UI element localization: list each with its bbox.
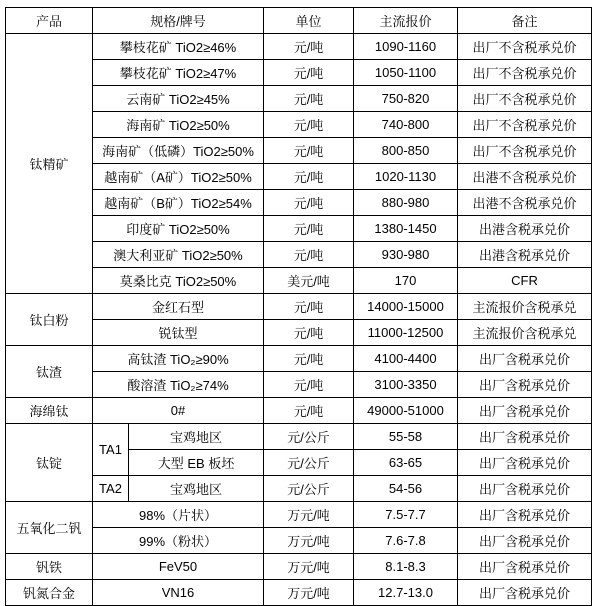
- header-spec: 规格/牌号: [93, 8, 264, 34]
- table-row: 酸溶渣 TiO₂≥74% 元/吨 3100-3350 出厂含税承兑价: [6, 372, 592, 398]
- price-table: 产品 规格/牌号 单位 主流报价 备注 钛精矿 攀枝花矿 TiO2≥46% 元/…: [5, 7, 592, 606]
- spec-cell: 0#: [93, 398, 264, 424]
- table-row: 钒铁 FeV50 万元/吨 8.1-8.3 出厂含税承兑价: [6, 554, 592, 580]
- table-row: 澳大利亚矿 TiO2≥50% 元/吨 930-980 出港含税承兑价: [6, 242, 592, 268]
- grade-cell: TA1: [93, 424, 129, 476]
- unit-cell: 元/吨: [264, 164, 354, 190]
- product-cell: 五氧化二钒: [6, 502, 93, 554]
- spec-cell: 金红石型: [93, 294, 264, 320]
- header-product: 产品: [6, 8, 93, 34]
- spec-cell: FeV50: [93, 554, 264, 580]
- unit-cell: 元/吨: [264, 34, 354, 60]
- table-row: 钒氮合金 VN16 万元/吨 12.7-13.0 出厂含税承兑价: [6, 580, 592, 606]
- unit-cell: 万元/吨: [264, 528, 354, 554]
- note-cell: 出厂含税承兑价: [458, 424, 592, 450]
- grade-cell: TA2: [93, 476, 129, 502]
- spec-cell: 莫桑比克 TiO2≥50%: [93, 268, 264, 294]
- table-row: 莫桑比克 TiO2≥50% 美元/吨 170 CFR: [6, 268, 592, 294]
- unit-cell: 元/吨: [264, 398, 354, 424]
- price-cell: 750-820: [354, 86, 458, 112]
- product-cell: 钛渣: [6, 346, 93, 398]
- table-row: 攀枝花矿 TiO2≥47% 元/吨 1050-1100 出厂不含税承兑价: [6, 60, 592, 86]
- table-row: 钛渣 高钛渣 TiO₂≥90% 元/吨 4100-4400 出厂含税承兑价: [6, 346, 592, 372]
- unit-cell: 元/公斤: [264, 424, 354, 450]
- note-cell: 出厂含税承兑价: [458, 346, 592, 372]
- unit-cell: 元/吨: [264, 86, 354, 112]
- table-row: 五氧化二钒 98%（片状） 万元/吨 7.5-7.7 出厂含税承兑价: [6, 502, 592, 528]
- unit-cell: 万元/吨: [264, 502, 354, 528]
- table-row: 海南矿 TiO2≥50% 元/吨 740-800 出厂不含税承兑价: [6, 112, 592, 138]
- unit-cell: 元/吨: [264, 372, 354, 398]
- price-cell: 1090-1160: [354, 34, 458, 60]
- price-cell: 63-65: [354, 450, 458, 476]
- spec-cell: 99%（粉状）: [93, 528, 264, 554]
- note-cell: 出港含税承兑价: [458, 216, 592, 242]
- note-cell: CFR: [458, 268, 592, 294]
- unit-cell: 元/吨: [264, 294, 354, 320]
- price-cell: 54-56: [354, 476, 458, 502]
- price-cell: 55-58: [354, 424, 458, 450]
- note-cell: 出港不含税承兑价: [458, 164, 592, 190]
- product-cell: 钛白粉: [6, 294, 93, 346]
- unit-cell: 元/吨: [264, 60, 354, 86]
- table-row: 云南矿 TiO2≥45% 元/吨 750-820 出厂不含税承兑价: [6, 86, 592, 112]
- header-price: 主流报价: [354, 8, 458, 34]
- note-cell: 出港含税承兑价: [458, 242, 592, 268]
- product-cell: 钛锭: [6, 424, 93, 502]
- spec-cell: 云南矿 TiO2≥45%: [93, 86, 264, 112]
- price-cell: 49000-51000: [354, 398, 458, 424]
- unit-cell: 万元/吨: [264, 554, 354, 580]
- product-cell: 钛精矿: [6, 34, 93, 294]
- note-cell: 出厂含税承兑价: [458, 450, 592, 476]
- note-cell: 主流报价含税承兑: [458, 294, 592, 320]
- note-cell: 出厂不含税承兑价: [458, 86, 592, 112]
- price-cell: 1050-1100: [354, 60, 458, 86]
- note-cell: 出厂含税承兑价: [458, 398, 592, 424]
- table-row: 印度矿 TiO2≥50% 元/吨 1380-1450 出港含税承兑价: [6, 216, 592, 242]
- table-row: 海南矿（低磷）TiO2≥50% 元/吨 800-850 出厂不含税承兑价: [6, 138, 592, 164]
- price-cell: 7.5-7.7: [354, 502, 458, 528]
- unit-cell: 元/吨: [264, 138, 354, 164]
- price-cell: 8.1-8.3: [354, 554, 458, 580]
- note-cell: 出厂不含税承兑价: [458, 138, 592, 164]
- unit-cell: 元/吨: [264, 346, 354, 372]
- price-cell: 880-980: [354, 190, 458, 216]
- product-cell: 海绵钛: [6, 398, 93, 424]
- spec-cell: 宝鸡地区: [129, 424, 264, 450]
- spec-cell: 攀枝花矿 TiO2≥47%: [93, 60, 264, 86]
- note-cell: 出厂含税承兑价: [458, 502, 592, 528]
- table-row: 99%（粉状） 万元/吨 7.6-7.8 出厂含税承兑价: [6, 528, 592, 554]
- header-row: 产品 规格/牌号 单位 主流报价 备注: [6, 8, 592, 34]
- price-cell: 1020-1130: [354, 164, 458, 190]
- table-row: 越南矿（A矿）TiO2≥50% 元/吨 1020-1130 出港不含税承兑价: [6, 164, 592, 190]
- note-cell: 出厂不含税承兑价: [458, 112, 592, 138]
- table-row: 钛精矿 攀枝花矿 TiO2≥46% 元/吨 1090-1160 出厂不含税承兑价: [6, 34, 592, 60]
- unit-cell: 元/公斤: [264, 450, 354, 476]
- price-cell: 740-800: [354, 112, 458, 138]
- spec-cell: VN16: [93, 580, 264, 606]
- unit-cell: 元/吨: [264, 320, 354, 346]
- unit-cell: 万元/吨: [264, 580, 354, 606]
- unit-cell: 元/吨: [264, 112, 354, 138]
- spec-cell: 宝鸡地区: [129, 476, 264, 502]
- price-table-container: 产品 规格/牌号 单位 主流报价 备注 钛精矿 攀枝花矿 TiO2≥46% 元/…: [5, 7, 592, 606]
- unit-cell: 元/吨: [264, 242, 354, 268]
- price-cell: 1380-1450: [354, 216, 458, 242]
- table-row: 海绵钛 0# 元/吨 49000-51000 出厂含税承兑价: [6, 398, 592, 424]
- spec-cell: 越南矿（B矿）TiO2≥54%: [93, 190, 264, 216]
- spec-cell: 锐钛型: [93, 320, 264, 346]
- spec-cell: 98%（片状）: [93, 502, 264, 528]
- note-cell: 出厂含税承兑价: [458, 554, 592, 580]
- price-cell: 930-980: [354, 242, 458, 268]
- note-cell: 出厂含税承兑价: [458, 476, 592, 502]
- price-cell: 7.6-7.8: [354, 528, 458, 554]
- table-row: TA2 宝鸡地区 元/公斤 54-56 出厂含税承兑价: [6, 476, 592, 502]
- spec-cell: 澳大利亚矿 TiO2≥50%: [93, 242, 264, 268]
- price-cell: 170: [354, 268, 458, 294]
- header-note: 备注: [458, 8, 592, 34]
- table-row: 钛锭 TA1 宝鸡地区 元/公斤 55-58 出厂含税承兑价: [6, 424, 592, 450]
- product-cell: 钒铁: [6, 554, 93, 580]
- unit-cell: 元/公斤: [264, 476, 354, 502]
- price-cell: 12.7-13.0: [354, 580, 458, 606]
- spec-cell: 海南矿（低磷）TiO2≥50%: [93, 138, 264, 164]
- note-cell: 出港不含税承兑价: [458, 190, 592, 216]
- product-cell: 钒氮合金: [6, 580, 93, 606]
- price-cell: 3100-3350: [354, 372, 458, 398]
- table-row: 锐钛型 元/吨 11000-12500 主流报价含税承兑: [6, 320, 592, 346]
- price-cell: 800-850: [354, 138, 458, 164]
- note-cell: 出厂含税承兑价: [458, 528, 592, 554]
- price-cell: 14000-15000: [354, 294, 458, 320]
- spec-cell: 海南矿 TiO2≥50%: [93, 112, 264, 138]
- spec-cell: 酸溶渣 TiO₂≥74%: [93, 372, 264, 398]
- header-unit: 单位: [264, 8, 354, 34]
- table-row: 越南矿（B矿）TiO2≥54% 元/吨 880-980 出港不含税承兑价: [6, 190, 592, 216]
- table-row: 钛白粉 金红石型 元/吨 14000-15000 主流报价含税承兑: [6, 294, 592, 320]
- spec-cell: 印度矿 TiO2≥50%: [93, 216, 264, 242]
- spec-cell: 高钛渣 TiO₂≥90%: [93, 346, 264, 372]
- note-cell: 主流报价含税承兑: [458, 320, 592, 346]
- price-cell: 4100-4400: [354, 346, 458, 372]
- unit-cell: 元/吨: [264, 190, 354, 216]
- unit-cell: 美元/吨: [264, 268, 354, 294]
- price-cell: 11000-12500: [354, 320, 458, 346]
- unit-cell: 元/吨: [264, 216, 354, 242]
- spec-cell: 攀枝花矿 TiO2≥46%: [93, 34, 264, 60]
- note-cell: 出厂不含税承兑价: [458, 60, 592, 86]
- spec-cell: 大型 EB 板坯: [129, 450, 264, 476]
- spec-cell: 越南矿（A矿）TiO2≥50%: [93, 164, 264, 190]
- note-cell: 出厂不含税承兑价: [458, 34, 592, 60]
- note-cell: 出厂含税承兑价: [458, 580, 592, 606]
- note-cell: 出厂含税承兑价: [458, 372, 592, 398]
